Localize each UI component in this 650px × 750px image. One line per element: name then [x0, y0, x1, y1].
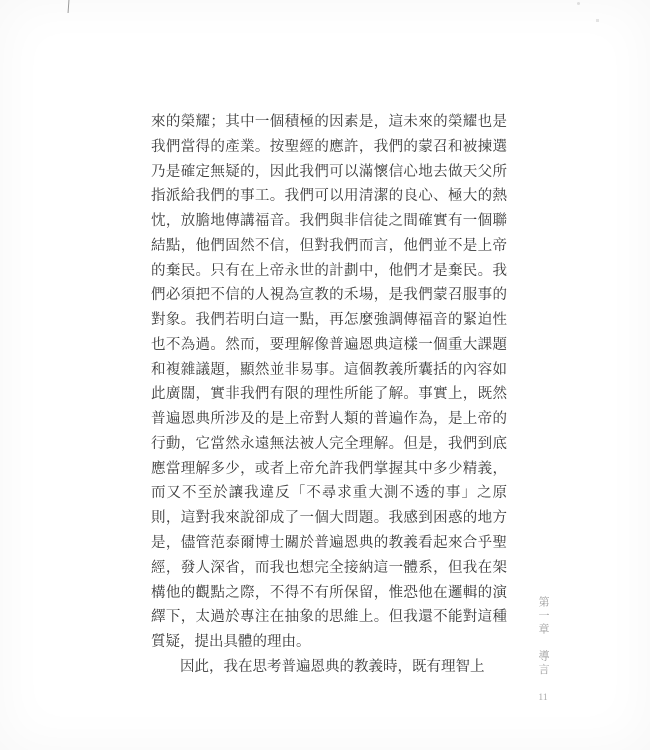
- text-line: 應當理解多少，或者上帝允許我們掌握其中多少精義，: [151, 457, 507, 482]
- text-line: 而又不至於讓我違反「不尋求重大測不透的事」之原: [151, 481, 507, 506]
- text-line: 的棄民。只有在上帝永世的計劃中，他們才是棄民。我: [151, 259, 507, 284]
- scan-artifact: [577, 2, 580, 5]
- body-text-block: 來的榮耀；其中一個積極的因素是，這未來的榮耀也是我們當得的產業。按聖經的應許，我…: [151, 110, 507, 680]
- text-line: 結點，他們固然不信，但對我們而言，他們並不是上帝: [151, 234, 507, 259]
- text-line: 指派給我們的事工。我們可以用清潔的良心、極大的熱: [151, 184, 507, 209]
- text-line: 經，發人深省，而我也想完全接納這一體系，但我在架: [151, 556, 507, 581]
- scan-artifact: [596, 19, 599, 22]
- text-line: 行動，它當然永遠無法被人完全理解。但是，我們到底: [151, 432, 507, 457]
- chapter-title: 第一章: [537, 596, 549, 637]
- text-line: 普遍恩典所涉及的是上帝對人類的普遍作為，是上帝的: [151, 407, 507, 432]
- text-line: 繹下，太過於專注在抽象的思維上。但我還不能對這種: [151, 605, 507, 630]
- text-line: 忱，放膽地傳講福音。我們與非信徒之間確實有一個聯: [151, 209, 507, 234]
- text-line: 們必須把不信的人視為宣教的禾場，是我們蒙召服事的: [151, 283, 507, 308]
- text-line: 乃是確定無疑的，因此我們可以滿懷信心地去做天父所: [151, 160, 507, 185]
- text-line: 質疑，提出具體的理由。: [151, 630, 507, 655]
- text-line: 我們當得的產業。按聖經的應許，我們的蒙召和被揀選: [151, 135, 507, 160]
- text-line: 此廣闊，實非我們有限的理性所能了解。事實上，既然: [151, 382, 507, 407]
- book-page: 來的榮耀；其中一個積極的因素是，這未來的榮耀也是我們當得的產業。按聖經的應許，我…: [0, 0, 650, 750]
- text-line: 也不為過。然而，要理解像普遍恩典這樣一個重大課題: [151, 333, 507, 358]
- text-line: 對象。我們若明白這一點，再怎麼強調傳福音的緊迫性: [151, 308, 507, 333]
- text-line: 因此，我在思考普遍恩典的教義時，既有理智上: [151, 655, 507, 680]
- page-number: 11: [538, 693, 548, 703]
- text-line: 則，這對我來說卻成了一個大問題。我感到困惑的地方: [151, 506, 507, 531]
- text-line: 來的榮耀；其中一個積極的因素是，這未來的榮耀也是: [151, 110, 507, 135]
- text-line: 和複雜議題，顯然並非易事。這個教義所囊括的內容如: [151, 358, 507, 383]
- section-title: 導言: [537, 650, 549, 677]
- scan-artifact: [68, 0, 70, 13]
- chapter-margin-marker: 第一章 導言 11: [536, 596, 549, 726]
- text-line: 是，儘管范泰爾博士關於普遍恩典的教義看起來合乎聖: [151, 531, 507, 556]
- text-line: 構他的觀點之際，不得不有所保留，惟恐他在邏輯的演: [151, 581, 507, 606]
